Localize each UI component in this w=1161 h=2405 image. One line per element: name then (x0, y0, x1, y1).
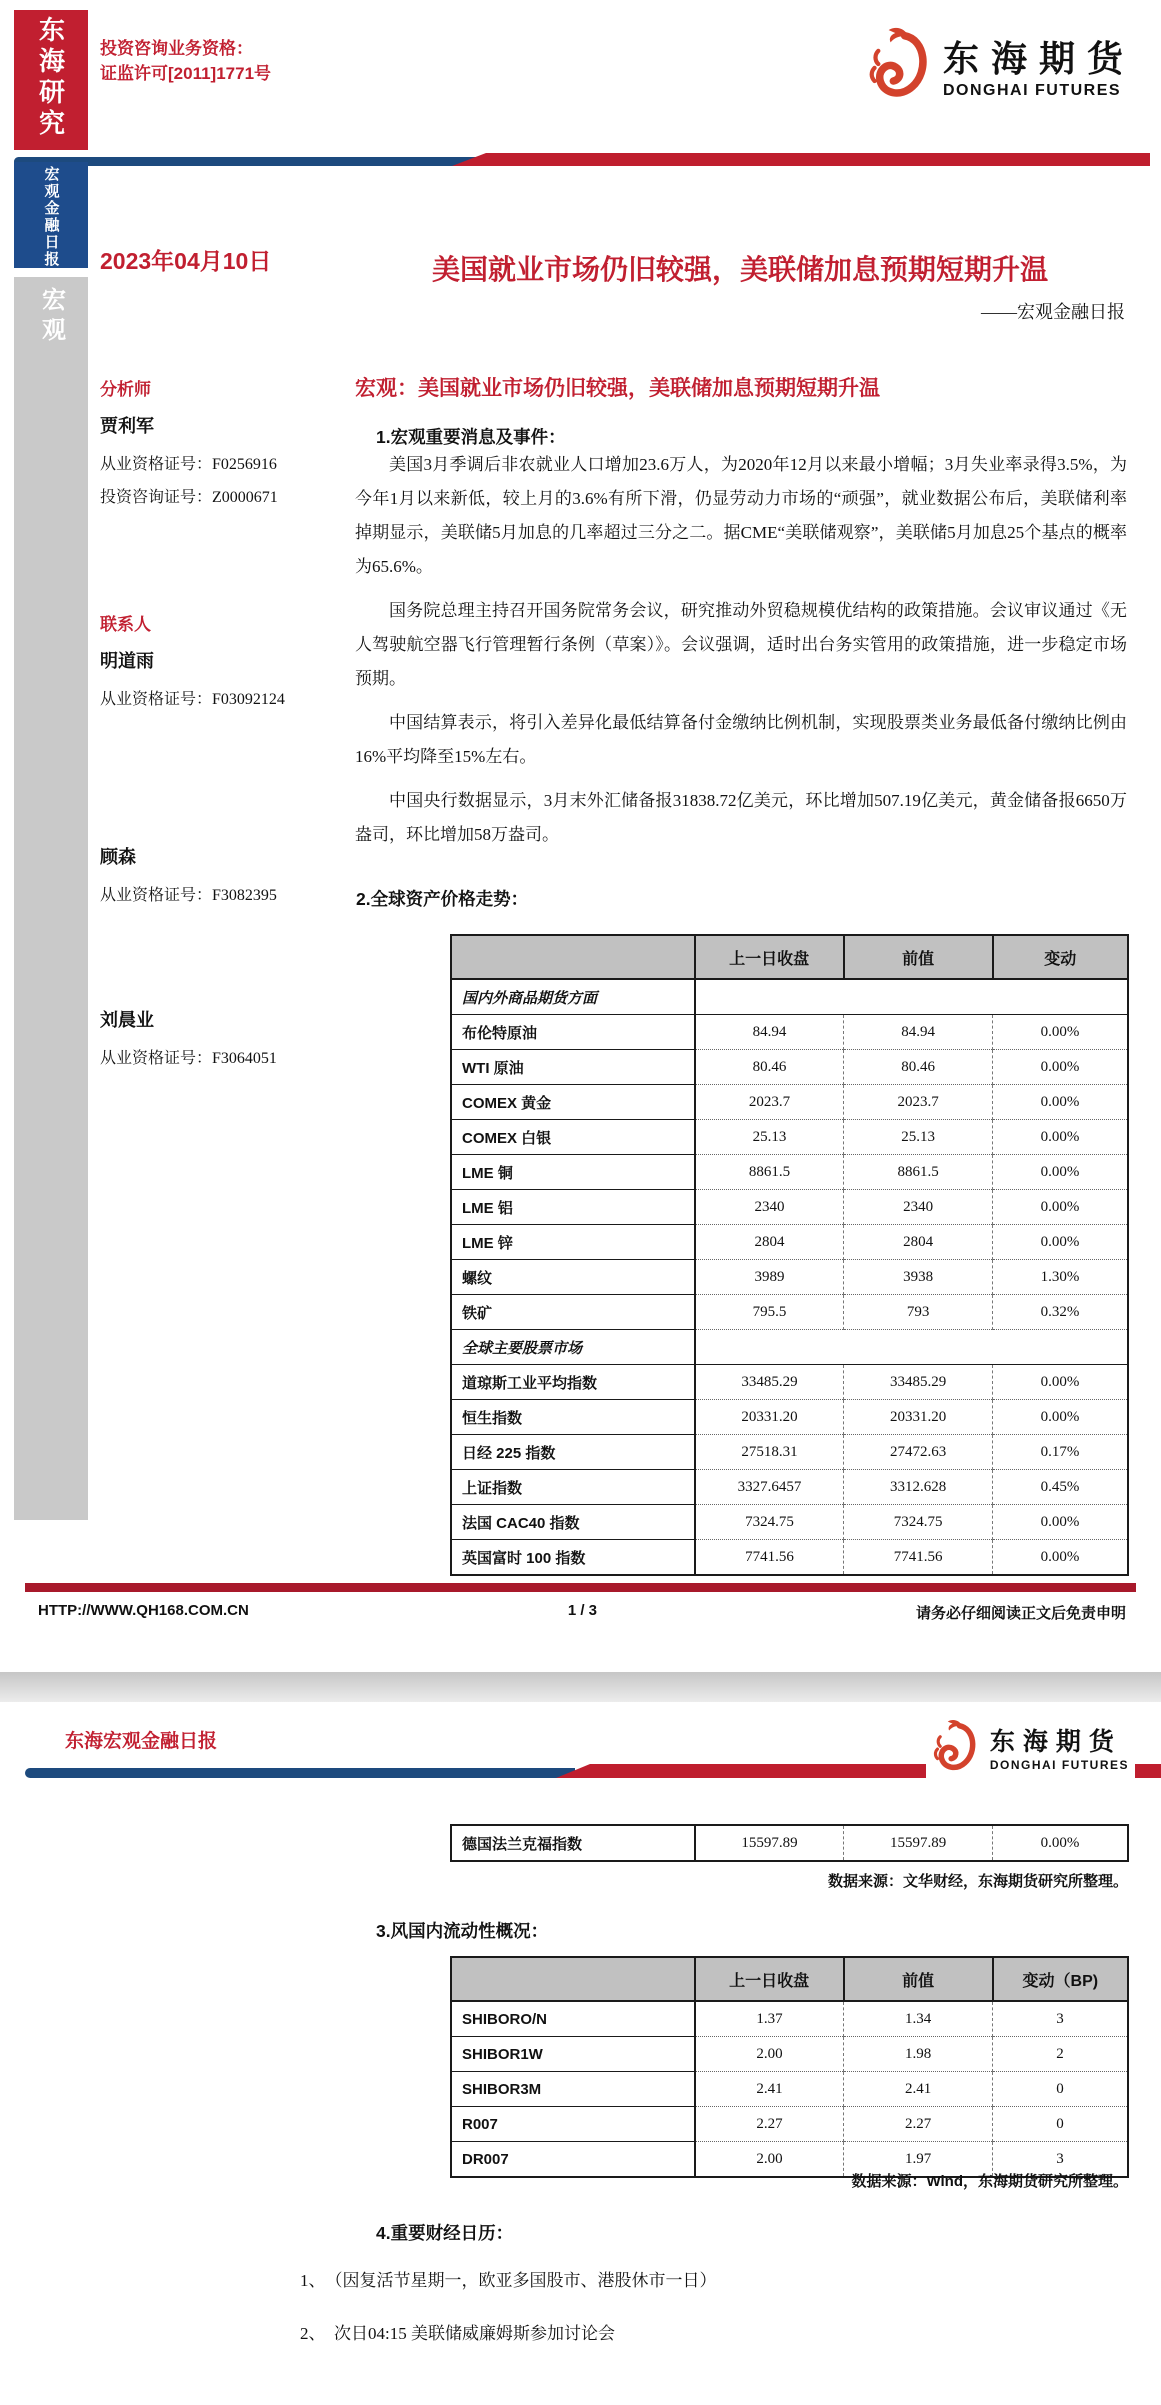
value-cell: 27518.31 (695, 1435, 844, 1470)
value-cell: 0 (993, 2072, 1128, 2107)
table-row: 恒生指数20331.2020331.200.00% (451, 1400, 1128, 1435)
table-row: 日经 225 指数27518.3127472.630.17% (451, 1435, 1128, 1470)
value-cell: 1.30% (993, 1260, 1128, 1295)
report-page-1: 东海研究 投资咨询业务资格： 证监许可[2011]1771号 东海期货 DONG… (0, 0, 1161, 1672)
table-section-row: 国内外商品期货方面 (451, 979, 1128, 1015)
value-cell: 15597.89 (695, 1825, 844, 1861)
company-logo: 东海期货 DONGHAI FUTURES (861, 22, 1141, 108)
value-cell: 84.94 (695, 1015, 844, 1050)
row-label: SHIBOR3M (451, 2072, 695, 2107)
table-row: SHIBOR3M2.412.410 (451, 2072, 1128, 2107)
contact-name: 明道雨 (100, 647, 330, 673)
value-cell: 2804 (695, 1225, 844, 1260)
table-header-cell: 前值 (844, 1957, 993, 2001)
row-label: 法国 CAC40 指数 (451, 1505, 695, 1540)
table-row: 布伦特原油84.9484.940.00% (451, 1015, 1128, 1050)
table-header-cell (451, 1957, 695, 2001)
divider-bar-red (452, 153, 1150, 166)
value-cell: 2.41 (695, 2072, 844, 2107)
value-cell: 7741.56 (844, 1540, 993, 1576)
liquidity-table: 上一日收盘前值变动（BP)SHIBORO/N1.371.343SHIBOR1W2… (450, 1956, 1129, 2178)
dragon-icon (932, 1716, 980, 1778)
row-label: 恒生指数 (451, 1400, 695, 1435)
category-label: 宏观 (34, 277, 69, 377)
row-label: SHIBOR1W (451, 2037, 695, 2072)
value-cell: 20331.20 (695, 1400, 844, 1435)
contact-block: 刘晨业 从业资格证号：F3064051 (100, 1006, 330, 1075)
section-spacer-cell (695, 979, 1128, 1015)
value-cell: 2.27 (695, 2107, 844, 2142)
report-date: 2023年04月10日 (100, 243, 271, 276)
qualification-line2: 证监许可[2011]1771号 (100, 61, 271, 86)
table-row: COMEX 黄金2023.72023.70.00% (451, 1085, 1128, 1120)
row-label: DR007 (451, 2142, 695, 2178)
section-spacer-cell (695, 1330, 1128, 1365)
logo-en-text: DONGHAI FUTURES (990, 1758, 1129, 1772)
value-cell: 3989 (695, 1260, 844, 1295)
value-cell: 0.00% (993, 1540, 1128, 1576)
row-label: COMEX 白银 (451, 1120, 695, 1155)
row-label: 国内外商品期货方面 (451, 979, 695, 1015)
table-row: SHIBOR1W2.001.982 (451, 2037, 1128, 2072)
contact-name: 顾森 (100, 843, 330, 869)
row-label: LME 铝 (451, 1190, 695, 1225)
value-cell: 80.46 (695, 1050, 844, 1085)
calendar-list: 1、 （因复活节星期一，欧亚多国股市、港股休市一日）2、 次日04:15 美联储… (300, 2266, 1060, 2372)
value-cell: 2.41 (844, 2072, 993, 2107)
asset-price-table: 上一日收盘前值变动国内外商品期货方面布伦特原油84.9484.940.00%WT… (450, 934, 1129, 1576)
value-cell: 33485.29 (695, 1365, 844, 1400)
table-section-row: 全球主要股票市场 (451, 1330, 1128, 1365)
divider-bar-blue (25, 1768, 575, 1778)
heading-liquidity: 3.风国内流动性概况： (376, 1918, 548, 1943)
heading-news: 1.宏观重要消息及事件： (376, 424, 566, 449)
row-label: 德国法兰克福指数 (451, 1825, 695, 1861)
report-title: 美国就业市场仍旧较强，美联储加息预期短期升温 (345, 248, 1135, 288)
row-label: 日经 225 指数 (451, 1435, 695, 1470)
value-cell: 2023.7 (844, 1085, 993, 1120)
report-table: 上一日收盘前值变动国内外商品期货方面布伦特原油84.9484.940.00%WT… (450, 934, 1129, 1576)
value-cell: 0.00% (993, 1015, 1128, 1050)
contact-credential: 从业资格证号：F3064051 (100, 1042, 330, 1075)
table-header-cell: 变动 (993, 935, 1128, 979)
value-cell: 793 (844, 1295, 993, 1330)
table-row: 法国 CAC40 指数7324.757324.750.00% (451, 1505, 1128, 1540)
value-cell: 0.00% (993, 1365, 1128, 1400)
row-label: 英国富时 100 指数 (451, 1540, 695, 1576)
value-cell: 1.98 (844, 2037, 993, 2072)
value-cell: 2 (993, 2037, 1128, 2072)
report-table: 上一日收盘前值变动（BP)SHIBORO/N1.371.343SHIBOR1W2… (450, 1956, 1129, 2178)
value-cell: 7741.56 (695, 1540, 844, 1576)
contact-name: 刘晨业 (100, 1006, 330, 1032)
value-cell: 0.32% (993, 1295, 1128, 1330)
value-cell: 33485.29 (844, 1365, 993, 1400)
table-row: 上证指数3327.64573312.6280.45% (451, 1470, 1128, 1505)
report-subtitle: ——宏观金融日报 (345, 298, 1125, 324)
value-cell: 15597.89 (844, 1825, 993, 1861)
page-separator (0, 1672, 1161, 1702)
row-label: R007 (451, 2107, 695, 2142)
table-row: LME 锌280428040.00% (451, 1225, 1128, 1260)
value-cell: 3312.628 (844, 1470, 993, 1505)
row-label: LME 锌 (451, 1225, 695, 1260)
value-cell: 2340 (695, 1190, 844, 1225)
logo-text: 东海期货 DONGHAI FUTURES (943, 31, 1135, 100)
value-cell: 8861.5 (695, 1155, 844, 1190)
value-cell: 0.45% (993, 1470, 1128, 1505)
research-brand-label: 东海研究 (33, 10, 70, 150)
logo-cn-text: 东海期货 (990, 1722, 1129, 1758)
footer-disclaimer: 请务必仔细阅读正文后免责申明 (916, 1602, 1126, 1623)
row-label: 全球主要股票市场 (451, 1330, 695, 1365)
row-label: 上证指数 (451, 1470, 695, 1505)
value-cell: 0 (993, 2107, 1128, 2142)
row-label: COMEX 黄金 (451, 1085, 695, 1120)
row-label: LME 铜 (451, 1155, 695, 1190)
value-cell: 25.13 (844, 1120, 993, 1155)
contact-credential: 从业资格证号：F3082395 (100, 879, 330, 912)
table-header-cell: 上一日收盘 (695, 1957, 844, 2001)
report-type-label: 宏观金融日报 (41, 162, 62, 268)
table-row: LME 铝234023400.00% (451, 1190, 1128, 1225)
table-header-cell (451, 935, 695, 979)
value-cell: 7324.75 (695, 1505, 844, 1540)
contact-credential: 从业资格证号：F03092124 (100, 683, 330, 716)
table-row: COMEX 白银25.1325.130.00% (451, 1120, 1128, 1155)
value-cell: 3 (993, 2001, 1128, 2037)
report-page-2: 东海宏观金融日报 东海期货 DONGHAI FUTURES 德国法兰克福指数15… (0, 1702, 1161, 2405)
footer-page-number: 1 / 3 (568, 1602, 597, 1623)
data-source-note: 数据来源：Wind，东海期货研究所整理。 (851, 2170, 1128, 2191)
value-cell: 27472.63 (844, 1435, 993, 1470)
logo-cn-text: 东海期货 (943, 31, 1135, 82)
row-label: 铁矿 (451, 1295, 695, 1330)
table-header-cell: 变动（BP) (993, 1957, 1128, 2001)
report-type-box: 宏观金融日报 (14, 162, 88, 268)
research-brand-box: 东海研究 (14, 10, 88, 150)
value-cell: 0.00% (993, 1120, 1128, 1155)
macro-section-heading: 宏观：美国就业市场仍旧较强，美联储加息预期短期升温 (355, 372, 880, 402)
row-label: 道琼斯工业平均指数 (451, 1365, 695, 1400)
value-cell: 0.00% (993, 1155, 1128, 1190)
table-row: SHIBORO/N1.371.343 (451, 2001, 1128, 2037)
value-cell: 0.00% (993, 1400, 1128, 1435)
value-cell: 84.94 (844, 1015, 993, 1050)
table-row: R0072.272.270 (451, 2107, 1128, 2142)
qualification-text: 投资咨询业务资格： 证监许可[2011]1771号 (100, 36, 271, 86)
contact-role: 联系人 (100, 610, 330, 635)
value-cell: 20331.20 (844, 1400, 993, 1435)
analyst-credential: 投资咨询证号：Z0000671 (100, 481, 330, 514)
category-sidebar: 宏观 (14, 277, 88, 1520)
table-row: 铁矿795.57930.32% (451, 1295, 1128, 1330)
value-cell: 80.46 (844, 1050, 993, 1085)
row-label: 布伦特原油 (451, 1015, 695, 1050)
value-cell: 3327.6457 (695, 1470, 844, 1505)
table-row: 英国富时 100 指数7741.567741.560.00% (451, 1540, 1128, 1576)
value-cell: 0.00% (993, 1825, 1128, 1861)
table-row: LME 铜8861.58861.50.00% (451, 1155, 1128, 1190)
logo-en-text: DONGHAI FUTURES (943, 82, 1135, 100)
value-cell: 0.17% (993, 1435, 1128, 1470)
value-cell: 2.00 (695, 2142, 844, 2178)
page-footer: HTTP://WWW.QH168.COM.CN 1 / 3 请务必仔细阅读正文后… (38, 1602, 1126, 1623)
analyst-credential: 从业资格证号：F0256916 (100, 448, 330, 481)
heading-assets: 2.全球资产价格走势： (356, 886, 528, 911)
row-label: WTI 原油 (451, 1050, 695, 1085)
body-paragraph: 国务院总理主持召开国务院常务会议，研究推动外贸稳规模优结构的政策措施。会议审议通… (355, 594, 1127, 696)
table-row: 德国法兰克福指数15597.8915597.890.00% (451, 1825, 1128, 1861)
value-cell: 2804 (844, 1225, 993, 1260)
body-paragraph: 中国结算表示，将引入差异化最低结算备付金缴纳比例机制，实现股票类业务最低备付缴纳… (355, 706, 1127, 774)
value-cell: 25.13 (695, 1120, 844, 1155)
value-cell: 0.00% (993, 1505, 1128, 1540)
qualification-line1: 投资咨询业务资格： (100, 36, 271, 61)
value-cell: 3938 (844, 1260, 993, 1295)
analyst-block: 分析师 贾利军 从业资格证号：F0256916 投资咨询证号：Z0000671 (100, 375, 330, 514)
table-header-cell: 前值 (844, 935, 993, 979)
value-cell: 7324.75 (844, 1505, 993, 1540)
value-cell: 2340 (844, 1190, 993, 1225)
table-header-cell: 上一日收盘 (695, 935, 844, 979)
row-label: SHIBORO/N (451, 2001, 695, 2037)
analyst-name: 贾利军 (100, 412, 330, 438)
value-cell: 2023.7 (695, 1085, 844, 1120)
value-cell: 0.00% (993, 1085, 1128, 1120)
calendar-item: 1、 （因复活节星期一，欧亚多国股市、港股休市一日） (300, 2266, 1060, 2291)
table-row: 道琼斯工业平均指数33485.2933485.290.00% (451, 1365, 1128, 1400)
asset-price-table-continued: 德国法兰克福指数15597.8915597.890.00% (450, 1824, 1129, 1862)
value-cell: 1.34 (844, 2001, 993, 2037)
table-row: WTI 原油80.4680.460.00% (451, 1050, 1128, 1085)
body-paragraph: 美国3月季调后非农就业人口增加23.6万人，为2020年12月以来最小增幅；3月… (355, 448, 1127, 584)
data-source-note: 数据来源：文华财经，东海期货研究所整理。 (828, 1870, 1128, 1891)
value-cell: 2.27 (844, 2107, 993, 2142)
contact-block: 联系人 明道雨 从业资格证号：F03092124 (100, 610, 330, 716)
value-cell: 0.00% (993, 1190, 1128, 1225)
value-cell: 0.00% (993, 1225, 1128, 1260)
table-row: 螺纹398939381.30% (451, 1260, 1128, 1295)
value-cell: 8861.5 (844, 1155, 993, 1190)
value-cell: 1.37 (695, 2001, 844, 2037)
page2-header-title: 东海宏观金融日报 (65, 1726, 217, 1753)
value-cell: 795.5 (695, 1295, 844, 1330)
value-cell: 2.00 (695, 2037, 844, 2072)
row-label: 螺纹 (451, 1260, 695, 1295)
footer-bar (25, 1583, 1136, 1592)
contact-block: 顾森 从业资格证号：F3082395 (100, 843, 330, 912)
dragon-icon (867, 22, 933, 108)
body-paragraph: 中国央行数据显示，3月末外汇储备报31838.72亿美元，环比增加507.19亿… (355, 784, 1127, 852)
heading-calendar: 4.重要财经日历： (376, 2220, 513, 2245)
footer-url: HTTP://WWW.QH168.COM.CN (38, 1602, 249, 1623)
analyst-role: 分析师 (100, 375, 330, 400)
company-logo: 东海期货 DONGHAI FUTURES (926, 1716, 1135, 1778)
report-table: 德国法兰克福指数15597.8915597.890.00% (450, 1824, 1129, 1862)
value-cell: 0.00% (993, 1050, 1128, 1085)
logo-text: 东海期货 DONGHAI FUTURES (990, 1722, 1129, 1772)
body-paragraphs: 美国3月季调后非农就业人口增加23.6万人，为2020年12月以来最小增幅；3月… (355, 448, 1127, 862)
calendar-item: 2、 次日04:15 美联储威廉姆斯参加讨论会 (300, 2319, 1060, 2344)
